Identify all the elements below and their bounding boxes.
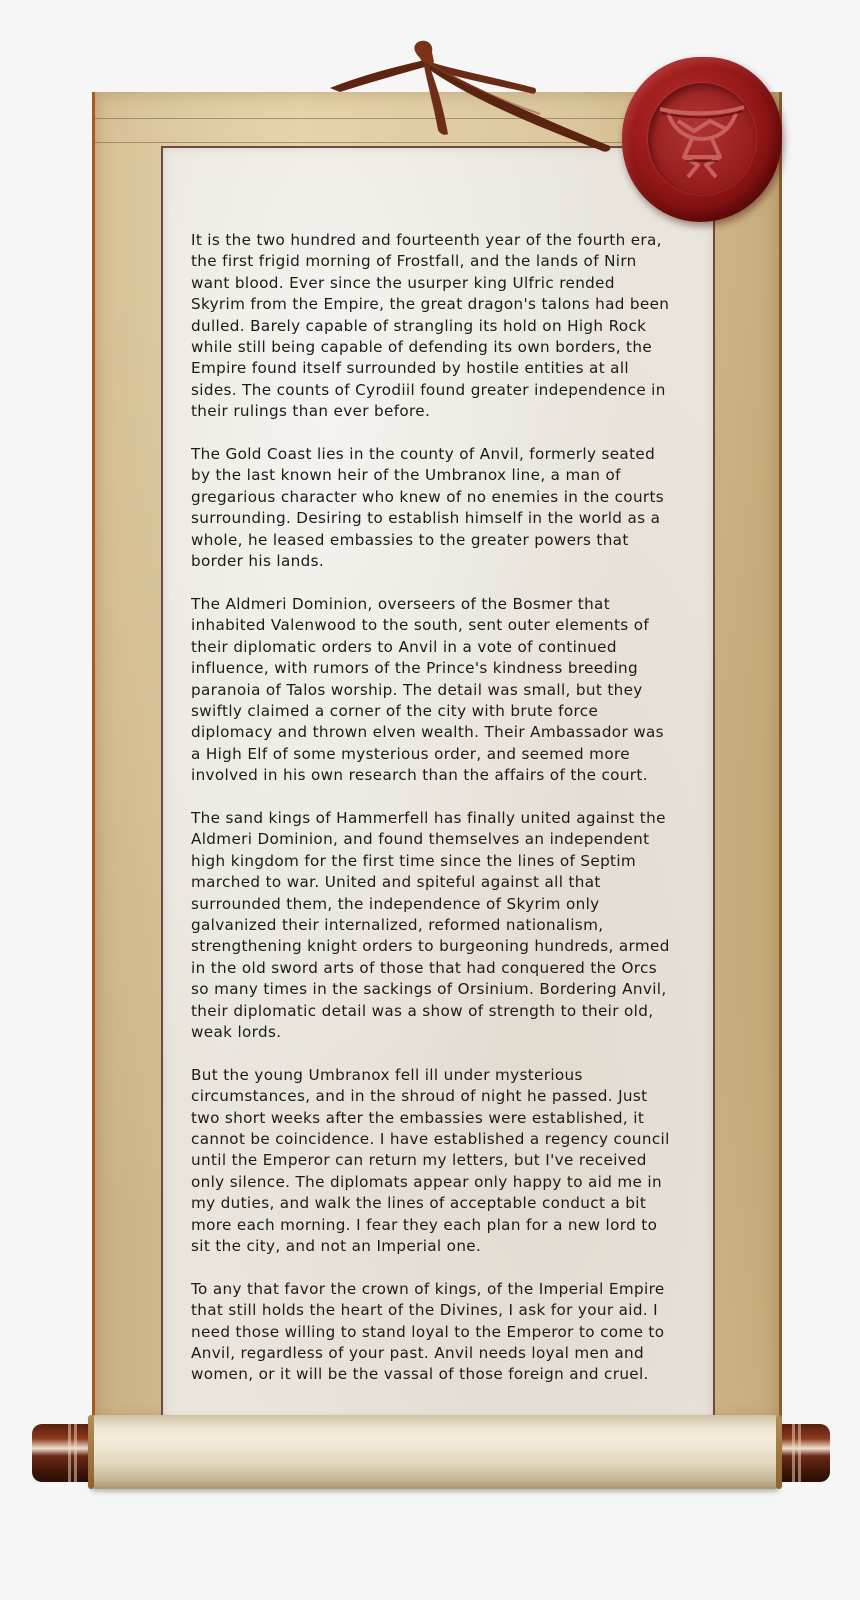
text-line: by the last known heir of the Umbranox l… xyxy=(191,465,703,486)
text-line: their rulings than ever before. xyxy=(191,401,703,422)
text-line: sides. The counts of Cyrodiil found grea… xyxy=(191,380,703,401)
text-line: two short weeks after the embassies were… xyxy=(191,1108,703,1129)
scroll-parchment: It is the two hundred and fourteenth yea… xyxy=(92,92,782,1422)
text-line: only silence. The diplomats appear only … xyxy=(191,1172,703,1193)
letter-paragraph: It is the two hundred and fourteenth yea… xyxy=(191,230,703,423)
text-line: Anvil, regardless of your past. Anvil ne… xyxy=(191,1343,703,1364)
text-line: want blood. Ever since the usurper king … xyxy=(191,273,703,294)
text-line: marched to war. United and spiteful agai… xyxy=(191,872,703,893)
scroll-roll-icon xyxy=(90,1415,780,1489)
text-line: while still being capable of defending i… xyxy=(191,337,703,358)
text-line: that still holds the heart of the Divine… xyxy=(191,1300,703,1321)
text-line: To any that favor the crown of kings, of… xyxy=(191,1279,703,1300)
text-line: women, or it will be the vassal of those… xyxy=(191,1364,703,1385)
text-line: a High Elf of some mysterious order, and… xyxy=(191,744,703,765)
text-line: The sand kings of Hammerfell has finally… xyxy=(191,808,703,829)
text-line: It is the two hundred and fourteenth yea… xyxy=(191,230,703,251)
text-line: swiftly claimed a corner of the city wit… xyxy=(191,701,703,722)
scroll-roll-right-handle xyxy=(778,1424,830,1482)
text-line: more each morning. I fear they each plan… xyxy=(191,1215,703,1236)
text-line: paranoia of Talos worship. The detail wa… xyxy=(191,680,703,701)
scroll-roll-left-handle xyxy=(32,1424,92,1482)
letter-paragraph: The Aldmeri Dominion, overseers of the B… xyxy=(191,594,703,787)
text-line: high kingdom for the first time since th… xyxy=(191,851,703,872)
text-line: The Gold Coast lies in the county of Anv… xyxy=(191,444,703,465)
text-line: border his lands. xyxy=(191,551,703,572)
text-line: inhabited Valenwood to the south, sent o… xyxy=(191,615,703,636)
text-line: dulled. Barely capable of strangling its… xyxy=(191,316,703,337)
text-line: my duties, and walk the lines of accepta… xyxy=(191,1193,703,1214)
text-line: But the young Umbranox fell ill under my… xyxy=(191,1065,703,1086)
text-line: surrounded them, the independence of Sky… xyxy=(191,894,703,915)
text-line: The Aldmeri Dominion, overseers of the B… xyxy=(191,594,703,615)
letter-paragraph: But the young Umbranox fell ill under my… xyxy=(191,1065,703,1258)
letter-paragraph: The sand kings of Hammerfell has finally… xyxy=(191,808,703,1043)
letter-body: It is the two hundred and fourteenth yea… xyxy=(191,230,703,1407)
text-line: the first frigid morning of Frostfall, a… xyxy=(191,251,703,272)
wax-seal xyxy=(622,57,782,222)
text-line: so many times in the sackings of Orsiniu… xyxy=(191,979,703,1000)
text-line: whole, he leased embassies to the greate… xyxy=(191,530,703,551)
text-line: Skyrim from the Empire, the great dragon… xyxy=(191,294,703,315)
text-line: involved in his own research than the af… xyxy=(191,765,703,786)
text-line: need those willing to stand loyal to the… xyxy=(191,1322,703,1343)
text-line: surrounding. Desiring to establish himse… xyxy=(191,508,703,529)
text-line: circumstances, and in the shroud of nigh… xyxy=(191,1086,703,1107)
text-line: Empire found itself surrounded by hostil… xyxy=(191,358,703,379)
text-line: their diplomatic detail was a show of st… xyxy=(191,1001,703,1022)
text-line: until the Emperor can return my letters,… xyxy=(191,1150,703,1171)
wax-seal-emblem-icon xyxy=(654,95,750,183)
text-line: galvanized their internalized, reformed … xyxy=(191,915,703,936)
text-line: Aldmeri Dominion, and found themselves a… xyxy=(191,829,703,850)
letter-paper-panel: It is the two hundred and fourteenth yea… xyxy=(161,146,715,1426)
letter-paragraph: To any that favor the crown of kings, of… xyxy=(191,1279,703,1386)
ribbon-bow-icon xyxy=(330,38,620,158)
text-line: their diplomatic orders to Anvil in a vo… xyxy=(191,637,703,658)
text-line: weak lords. xyxy=(191,1022,703,1043)
text-line: gregarious character who knew of no enem… xyxy=(191,487,703,508)
letter-paragraph: The Gold Coast lies in the county of Anv… xyxy=(191,444,703,572)
text-line: strengthening knight orders to burgeonin… xyxy=(191,936,703,957)
text-line: cannot be coincidence. I have establishe… xyxy=(191,1129,703,1150)
text-line: sit the city, and not an Imperial one. xyxy=(191,1236,703,1257)
text-line: diplomacy and thrown elven wealth. Their… xyxy=(191,722,703,743)
text-line: influence, with rumors of the Prince's k… xyxy=(191,658,703,679)
text-line: in the old sword arts of those that had … xyxy=(191,958,703,979)
